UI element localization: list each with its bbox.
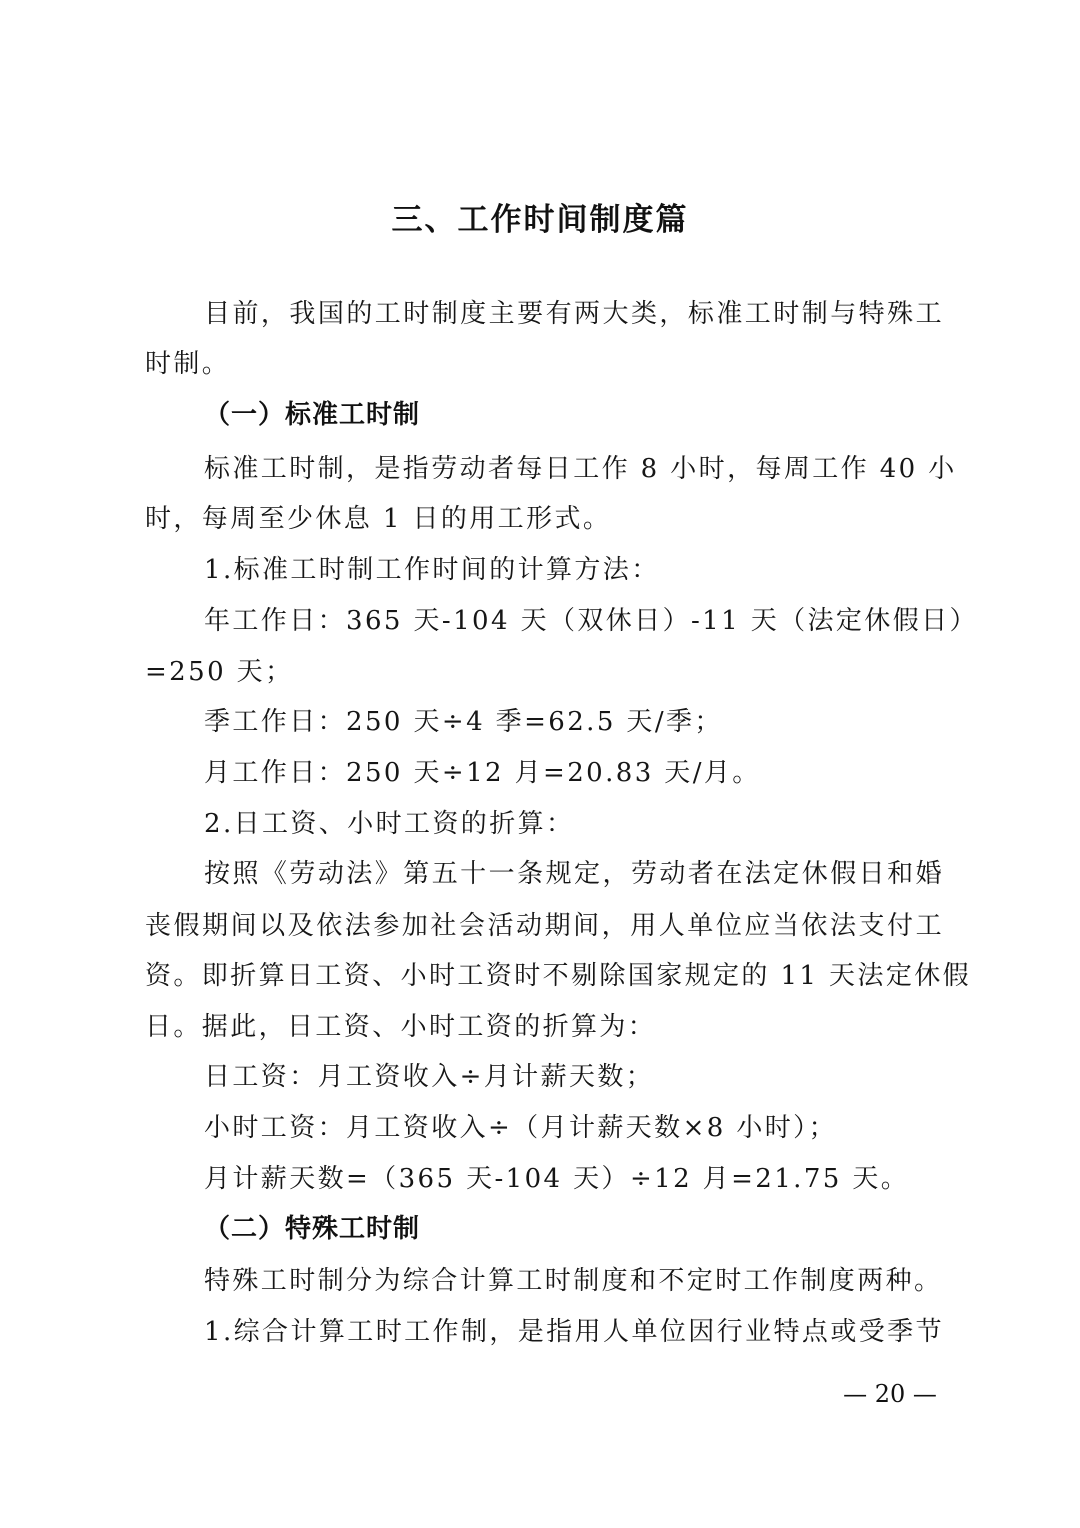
quarterly-workdays: 季工作日：250 天÷4 季=62.5 天/季； (204, 701, 723, 738)
section-heading-standard: （一）标准工时制 (204, 394, 420, 431)
section-heading-special: （二）特殊工时制 (204, 1208, 420, 1245)
daily-wage-formula: 日工资：月工资收入÷月计薪天数； (204, 1056, 654, 1093)
item-1-title: 1.标准工时制工作时间的计算方法： (204, 549, 660, 586)
explanation-line-2: 丧假期间以及依法参加社会活动期间，用人单位应当依法支付工 (145, 905, 944, 942)
explanation-line-3: 资。即折算日工资、小时工资时不剔除国家规定的 11 天法定休假 (145, 955, 944, 992)
intro-line-1: 目前，我国的工时制度主要有两大类，标准工时制与特殊工 (204, 293, 944, 330)
explanation-line-4: 日。据此，日工资、小时工资的折算为： (145, 1006, 656, 1043)
pay-days-formula: 月计薪天数=（365 天-104 天）÷12 月=21.75 天。 (204, 1158, 909, 1195)
special-intro: 特殊工时制分为综合计算工时制度和不定时工作制度两种。 (204, 1260, 942, 1297)
explanation-line-1: 按照《劳动法》第五十一条规定，劳动者在法定休假日和婚 (204, 853, 944, 890)
page-number: — 20 — (820, 1380, 960, 1408)
document-page: 三、工作时间制度篇 目前，我国的工时制度主要有两大类，标准工时制与特殊工 时制。… (0, 0, 1080, 1528)
special-item-1: 1.综合计算工时工作制，是指用人单位因行业特点或受季节 (204, 1311, 944, 1348)
definition-line-2: 时，每周至少休息 1 日的用工形式。 (145, 498, 611, 535)
definition-line-1: 标准工时制，是指劳动者每日工作 8 小时，每周工作 40 小 (204, 448, 944, 485)
annual-workdays-line-1: 年工作日：365 天-104 天（双休日）-11 天（法定休假日） (204, 600, 944, 637)
hourly-wage-formula: 小时工资：月工资收入÷（月计薪天数×8 小时）； (204, 1107, 837, 1144)
intro-line-2: 时制。 (145, 343, 230, 380)
page-title: 三、工作时间制度篇 (0, 194, 1080, 239)
monthly-workdays: 月工作日：250 天÷12 月=20.83 天/月。 (204, 752, 761, 789)
annual-workdays-line-2: =250 天； (145, 651, 293, 688)
item-2-title: 2.日工资、小时工资的折算： (204, 803, 574, 840)
